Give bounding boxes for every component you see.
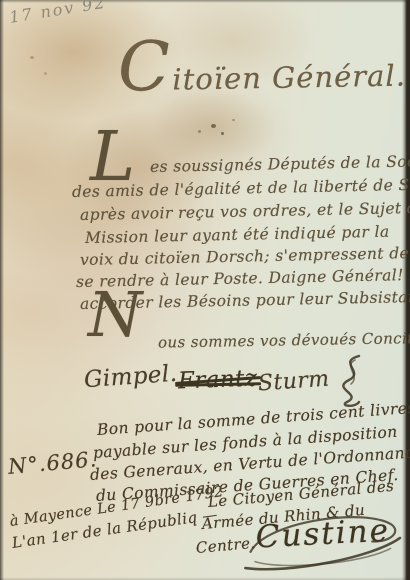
signature-frantz-struck: Frantz (178, 366, 258, 395)
struck-name: Frantz (178, 366, 258, 395)
signature-gimpel: Gimpel. (83, 361, 178, 393)
body-line: Mission leur ayant été indiqué par la (85, 223, 390, 247)
letter-salutation: Citoïen Général. (117, 23, 406, 107)
stain-speck (44, 72, 47, 75)
closing-line: ous sommes vos dévoués Concitoïens (158, 328, 410, 351)
ink-speck (232, 119, 235, 121)
signature-sturm: Sturm (257, 367, 330, 397)
stain-speck (30, 56, 34, 59)
custine-signature-name: Custine (255, 513, 391, 556)
body-line: après avoir reçu vos ordres, et le Sujet… (80, 198, 410, 224)
custine-signature: Custine (238, 504, 407, 577)
ink-speck (211, 124, 216, 128)
body-line: voix du citoïen Dorsch; s'empressent de (80, 244, 410, 269)
closing-drop-cap: N (88, 278, 142, 351)
ink-speck (198, 130, 201, 133)
body-line: es soussignés Députés de la Société — (150, 151, 410, 176)
manuscript-letter-scan: 17 nov 92 Citoïen Général. L es soussign… (0, 0, 410, 580)
document-number: N°.686. (7, 447, 98, 479)
pencil-date-note: 17 nov 92 (8, 0, 108, 27)
ink-speck (221, 132, 224, 135)
paper-edge-left (0, 0, 4, 580)
